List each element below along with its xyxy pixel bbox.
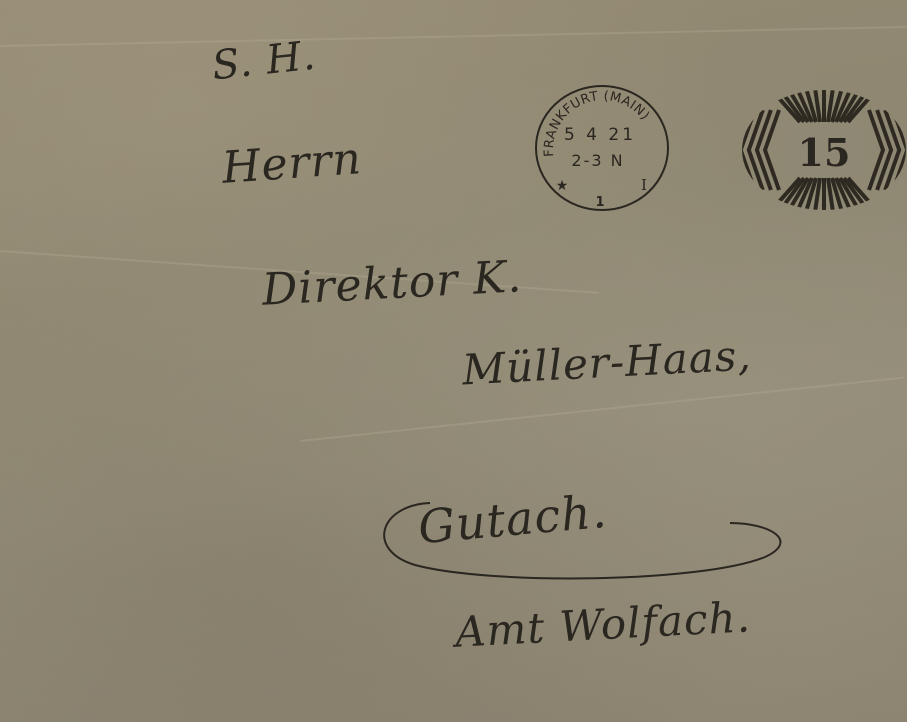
address-salutation: Herrn	[220, 133, 363, 194]
postmark-circle-icon: FRANKFURT (MAIN) 5 4 21 2-3 N ★ 1 I	[532, 82, 672, 214]
postmark-roman: I	[641, 176, 647, 194]
address-district: Amt Wolfach.	[454, 592, 752, 656]
address-initials: S. H.	[210, 33, 318, 90]
printed-stamp: 15	[736, 88, 907, 214]
envelope: FRANKFURT (MAIN) 5 4 21 2-3 N ★ 1 I 15 S…	[0, 0, 907, 722]
address-surname: Müller-Haas,	[461, 330, 753, 394]
postmark-star: ★	[556, 178, 569, 194]
postmark-city: FRANKFURT (MAIN)	[542, 89, 652, 157]
address-title-name: Direktor K.	[261, 251, 523, 316]
paper-crease	[0, 26, 907, 47]
underline-swirl-icon	[370, 495, 785, 585]
svg-text:FRANKFURT (MAIN): FRANKFURT (MAIN)	[542, 89, 652, 157]
postmark-time: 2-3 N	[571, 151, 624, 170]
stamp-chevron-oval-icon: 15	[736, 88, 907, 214]
postmark: FRANKFURT (MAIN) 5 4 21 2-3 N ★ 1 I	[532, 82, 672, 214]
stamp-value: 15	[798, 130, 851, 175]
postmark-date: 5 4 21	[564, 125, 636, 145]
postmark-office-number: 1	[595, 195, 604, 210]
town-underline-swirl	[370, 495, 785, 585]
